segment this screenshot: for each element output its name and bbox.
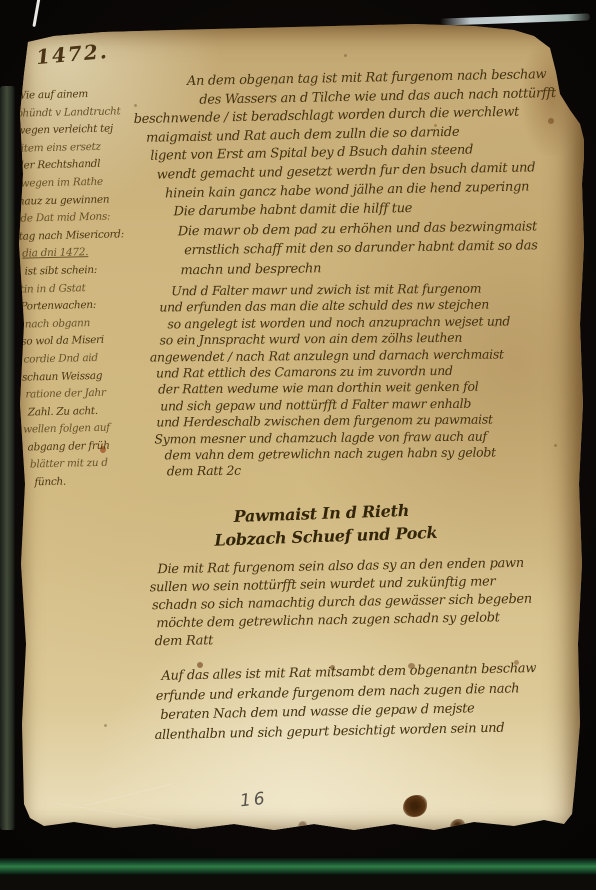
foxing-speck <box>554 444 557 447</box>
backdrop-lower <box>0 875 596 890</box>
pencil-foliation: 16 <box>239 789 269 812</box>
paragraph-2: Die darumbe habnt damit die hilff tue Di… <box>149 197 538 280</box>
manuscript-line: angewendet / nach Rat anzulegn und darna… <box>150 346 511 366</box>
book-binding-edge <box>0 86 15 830</box>
margin-note-line: dia dni 1472. <box>22 243 165 264</box>
paragraph-5: Auf das alles ist mit Rat mitsambt dem o… <box>151 659 537 745</box>
ink-stain <box>403 795 427 817</box>
manuscript-line: dem Ratt 2c <box>167 461 512 480</box>
year-heading: 1472. <box>35 39 109 69</box>
foxing-speck <box>104 724 107 727</box>
paragraph-1: An dem obgenan tag ist mit Rat furgenom … <box>129 66 558 204</box>
surface-scratch <box>55 803 174 823</box>
surface-scratch <box>85 783 173 806</box>
manuscript-page: 1472. 1 Wie auf ainem phündt v Landtruch… <box>14 24 584 832</box>
paragraph-3: Und d Falter mawr und zwich ist mit Rat … <box>139 280 511 480</box>
margin-note-line: de Dat mid Mons: <box>20 208 164 229</box>
paragraph-4: Die mit Rat furgenom sein also das sy an… <box>149 555 532 652</box>
section-heading: Pawmaist In d Rieth Lobzach Schuef und P… <box>203 498 437 552</box>
green-band <box>0 858 596 875</box>
foxing-speck <box>344 54 347 57</box>
